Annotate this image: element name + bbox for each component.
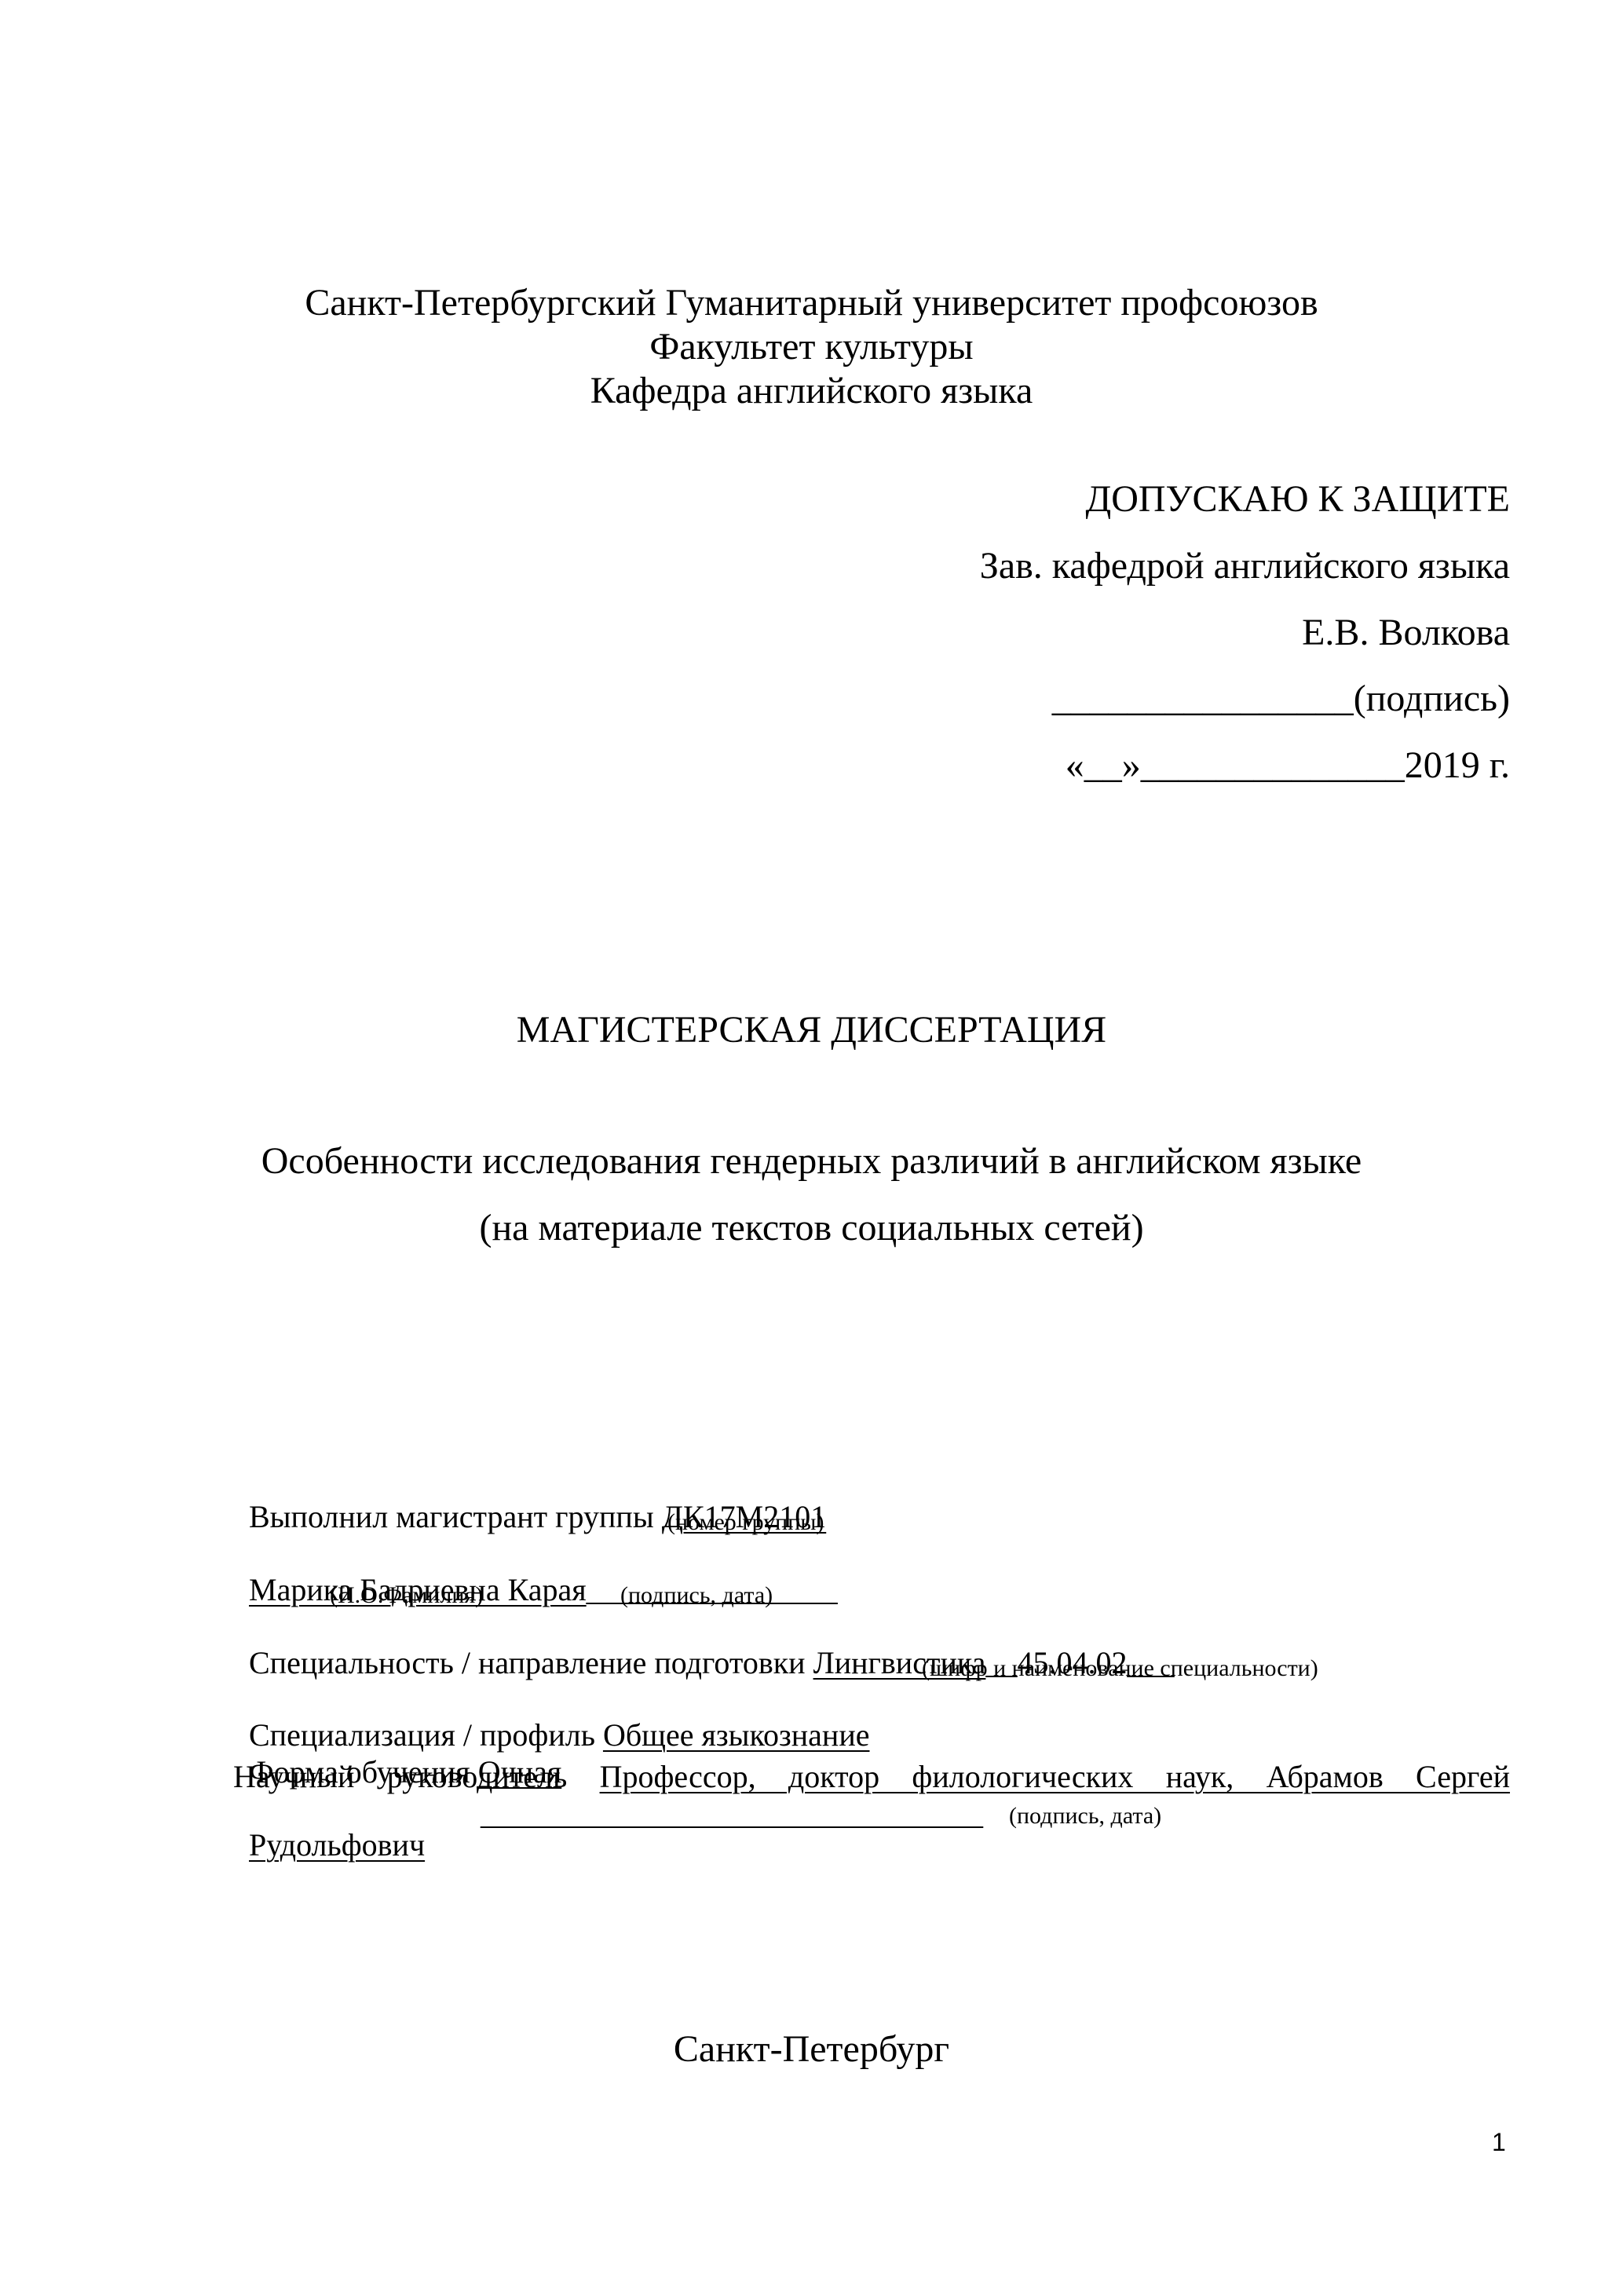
group-caption: (номер группы) <box>667 1511 824 1534</box>
group-label: Выполнил магистрант группы <box>249 1499 662 1534</box>
thesis-type: МАГИСТЕРСКАЯ ДИССЕРТАЦИЯ <box>0 1011 1623 1049</box>
profile-value: Общее языкознание <box>603 1717 870 1753</box>
supervisor-sign-caption: (подпись, дата) <box>1009 1804 1161 1828</box>
department-name: Кафедра английского языка <box>0 372 1623 410</box>
supervisor-sign-blank: ________________________________ <box>481 1798 983 1830</box>
approver-position: Зав. кафедрой английского языка <box>980 547 1510 585</box>
page-number: 1 <box>1492 2130 1506 2155</box>
approver-name: Е.В. Волкова <box>1302 614 1510 652</box>
specialty-caption: (шифр и наименование специальности) <box>922 1657 1318 1680</box>
thesis-title: Особенности исследования гендерных разли… <box>0 1143 1623 1180</box>
faculty-name: Факультет культуры <box>0 328 1623 366</box>
thesis-subtitle: (на материале текстов социальных сетей) <box>0 1209 1623 1247</box>
supervisor-label: Научный руководитель <box>233 1759 567 1794</box>
student-sign-date-caption: (подпись, дата) <box>620 1584 773 1607</box>
approval-signature-line: ________________(подпись) <box>1052 680 1510 718</box>
specialty-label: Специальность / направление подготовки <box>249 1645 813 1680</box>
supervisor-value-line1: Профессор, доктор филологических наук, А… <box>600 1759 1510 1794</box>
supervisor-row: Научный руководитель Профессор, доктор ф… <box>233 1761 1510 1793</box>
approval-heading: ДОПУСКАЮ К ЗАЩИТЕ <box>1085 481 1510 518</box>
university-name: Санкт-Петербургский Гуманитарный универс… <box>0 284 1623 322</box>
supervisor-row-2: Рудольфович <box>233 1798 425 1861</box>
name-caption: (И.О.Фамилия) <box>330 1584 483 1607</box>
city: Санкт-Петербург <box>0 2031 1623 2068</box>
supervisor-value-line2: Рудольфович <box>249 1827 425 1863</box>
approval-date-line: «__»______________2019 г. <box>1066 747 1510 784</box>
